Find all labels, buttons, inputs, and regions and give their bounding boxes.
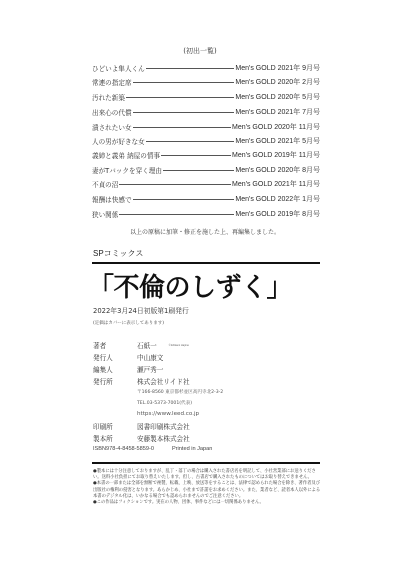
legal-notices: ●製本には十分注意しておりますが、乱丁・落丁の場合は購入された書店名を明記して、… — [93, 469, 321, 506]
author-label: 著者 — [93, 340, 137, 350]
publisher-label: 発行所 — [93, 376, 137, 386]
binder-name: 安藤製本株式会社 — [137, 433, 190, 443]
notice-fiction: ●この作品はフィクションです。実在の人物、団体、事件などには一切関係ありません。 — [93, 500, 321, 506]
story-source: Men's GOLD 2021年 5月号 — [235, 136, 320, 146]
author-romaji: ©Ishikami Hajime — [169, 344, 189, 347]
publisher-person-label: 発行人 — [93, 352, 137, 362]
divider — [92, 462, 320, 464]
notice-copyright: ●本書の一部または全部を無断で複製、転載、上映、放送等をすることは、法律で認めら… — [93, 481, 321, 500]
colophon-url: https://www.leed.co.jp — [93, 408, 199, 420]
publisher-address: 〒166-8560 東京都杉並区高円寺北2-3-2 — [137, 389, 223, 395]
story-title: 人の男が好きな女 — [92, 136, 145, 146]
list-item: 不貞の沼 Men's GOLD 2021年 11月号 — [92, 178, 320, 190]
divider — [92, 262, 320, 264]
leader-line — [133, 199, 235, 200]
colophon-printer: 印刷所 図書印刷株式会社 — [93, 420, 190, 432]
publisher-person-name: 中山康文 — [137, 352, 163, 362]
story-title: 妻がTバックを穿く理由 — [92, 165, 162, 175]
story-source: Men's GOLD 2021年 7月号 — [235, 107, 320, 117]
leader-line — [133, 82, 235, 83]
colophon-editor: 編集人 瀬戸秀一 — [93, 363, 163, 375]
story-title: ひどいよ隼人くん — [92, 63, 145, 73]
publication-date: 2022年3月24日初版第1刷発行 — [93, 305, 189, 315]
colophon-author: 著者 石紙一 ©Ishikami Hajime — [93, 339, 189, 351]
price-note: (定価はカバーに表示してあります) — [93, 320, 164, 326]
leader-line — [146, 68, 235, 69]
story-source: Men's GOLD 2020年 11月号 — [232, 122, 320, 132]
story-title: 不貞の沼 — [92, 179, 118, 189]
notice-defects: ●製本には十分注意しておりますが、乱丁・落丁の場合は購入された書店名を明記して、… — [93, 469, 321, 481]
list-item: 常連の指定席 Men's GOLD 2020年 2月号 — [92, 76, 320, 88]
list-item: 人の男が好きな女 Men's GOLD 2021年 5月号 — [92, 135, 320, 147]
leader-line — [133, 112, 235, 113]
revision-note: 以上の原稿に加筆・修正を施した上、再編集しました。 — [0, 227, 400, 236]
printed-in: Printed in Japan — [172, 446, 212, 452]
list-item: 汚れた新築 Men's GOLD 2020年 5月号 — [92, 91, 320, 103]
list-item: 潰されたい女 Men's GOLD 2020年 11月号 — [92, 121, 320, 133]
story-source: Men's GOLD 2019年 11月号 — [232, 150, 320, 160]
leader-line — [119, 214, 234, 215]
leader-line — [163, 170, 234, 171]
list-item: 報酬は快感で Men's GOLD 2022年 1月号 — [92, 193, 320, 205]
leader-line — [119, 184, 231, 185]
story-source: Men's GOLD 2020年 5月号 — [235, 92, 320, 102]
book-title: 「不倫のしずく」 — [88, 267, 292, 304]
story-title: 汚れた新築 — [92, 92, 125, 102]
series-label: SPコミックス — [93, 248, 143, 259]
leader-line — [126, 97, 234, 98]
story-source: Men's GOLD 2020年 8月号 — [235, 165, 320, 175]
binder-label: 製本所 — [93, 433, 137, 443]
story-source: Men's GOLD 2020年 2月号 — [235, 77, 320, 87]
printer-name: 図書印刷株式会社 — [137, 421, 190, 431]
colophon-publisher-person: 発行人 中山康文 — [93, 351, 163, 363]
isbn: ISBN978-4-8458-5859-0 — [93, 446, 154, 452]
list-item: ひどいよ隼人くん Men's GOLD 2021年 9月号 — [92, 62, 320, 74]
first-appearances-heading: (初出一覧) — [0, 46, 400, 56]
leader-line — [146, 141, 235, 142]
story-title: 義姉と義弟 納屋の情事 — [92, 150, 160, 160]
editor-name: 瀬戸秀一 — [137, 364, 163, 374]
leader-line — [161, 155, 231, 156]
list-item: 義姉と義弟 納屋の情事 Men's GOLD 2019年 11月号 — [92, 149, 320, 161]
isbn-line: ISBN978-4-8458-5859-0Printed in Japan — [93, 446, 212, 452]
story-source: Men's GOLD 2019年 8月号 — [235, 209, 320, 219]
author-name: 石紙一 — [137, 340, 157, 350]
story-title: 報酬は快感で — [92, 194, 132, 204]
list-item: 出来心の代償 Men's GOLD 2021年 7月号 — [92, 106, 320, 118]
publisher-url: https://www.leed.co.jp — [137, 411, 199, 417]
list-item: 妻がTバックを穿く理由 Men's GOLD 2020年 8月号 — [92, 164, 320, 176]
editor-label: 編集人 — [93, 364, 137, 374]
story-title: 出来心の代償 — [92, 107, 132, 117]
publisher-tel: TEL.03-5373-7001(代表) — [137, 400, 192, 406]
printer-label: 印刷所 — [93, 421, 137, 431]
colophon-binder: 製本所 安藤製本株式会社 — [93, 432, 190, 444]
story-source: Men's GOLD 2021年 9月号 — [235, 63, 320, 73]
publisher-name: 株式会社リイド社 — [137, 376, 190, 386]
story-source: Men's GOLD 2022年 1月号 — [235, 194, 320, 204]
story-title: 狭い関係 — [92, 209, 118, 219]
leader-line — [133, 127, 231, 128]
story-title: 常連の指定席 — [92, 77, 132, 87]
list-item: 狭い関係 Men's GOLD 2019年 8月号 — [92, 208, 320, 220]
story-title: 潰されたい女 — [92, 122, 132, 132]
story-source: Men's GOLD 2021年 11月号 — [232, 179, 320, 189]
